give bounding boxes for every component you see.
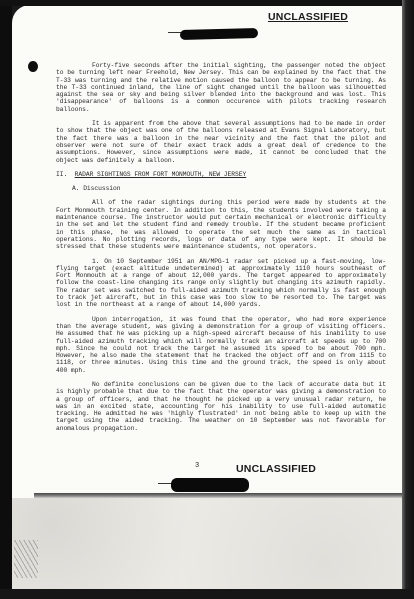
- paragraph-radar-students: All of the radar sightings during this p…: [56, 199, 386, 250]
- redaction-bar-bottom: [171, 478, 249, 492]
- scan-bottom-border: [0, 589, 414, 599]
- paragraph-interrogation: Upon interrogation, it was found that th…: [56, 316, 386, 374]
- redaction-tick: [158, 483, 172, 484]
- hole-punch-mark: [28, 61, 38, 72]
- paragraph-sighting-1: 1. On 10 September 1951 an AN/MPG-1 rada…: [56, 258, 386, 309]
- section-number: II.: [56, 171, 67, 178]
- pen-scribble-mark: [14, 540, 38, 578]
- paragraph-balloon-turning: Forty-five seconds after the initial sig…: [56, 62, 386, 113]
- document-body: Forty-five seconds after the initial sig…: [56, 62, 386, 432]
- scan-overlap-region: [12, 498, 402, 589]
- page-number: 3: [195, 462, 199, 470]
- section-heading: II. RADAR SIGHTINGS FROM FORT MONMOUTH, …: [56, 171, 386, 178]
- scan-right-border: [402, 0, 414, 599]
- subsection-title: Discussion: [83, 185, 120, 192]
- classification-stamp-top: UNCLASSIFIED: [268, 11, 348, 23]
- paragraph-conclusions: No definite conclusions can be given due…: [56, 381, 386, 432]
- scan-left-border: [0, 0, 12, 599]
- subsection-letter: A.: [72, 185, 79, 192]
- page-bottom-edge-shadow: [34, 493, 402, 498]
- paragraph-assumptions: It is apparent from the above that sever…: [56, 120, 386, 164]
- redaction-bar-top: [180, 28, 258, 40]
- classification-stamp-bottom: UNCLASSIFIED: [236, 463, 316, 475]
- scan-top-border: [0, 0, 414, 6]
- subsection-heading: A. Discussion: [56, 185, 386, 192]
- section-title: RADAR SIGHTINGS FROM FORT MONMOUTH, NEW …: [75, 171, 247, 178]
